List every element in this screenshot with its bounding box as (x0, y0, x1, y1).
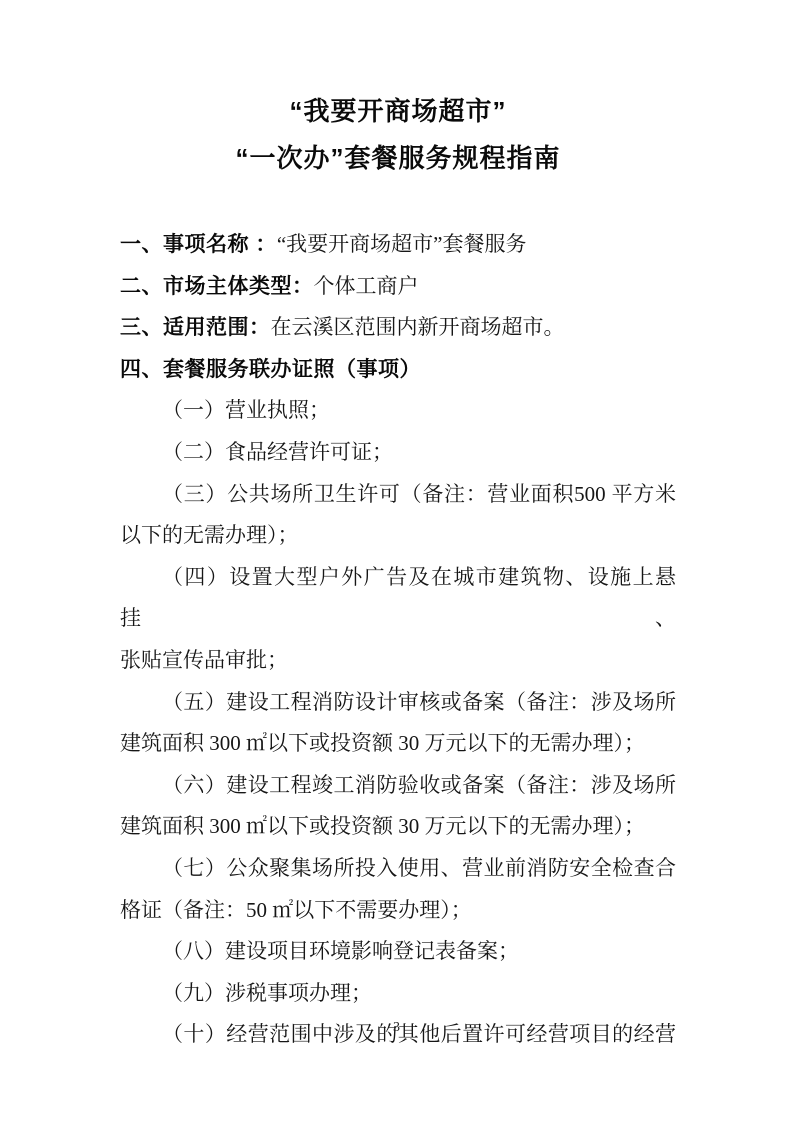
page-content: “我要开商场超市” “一次办”套餐服务规程指南 一、事项名称 ：“我要开商场超市… (120, 0, 676, 1056)
document-page: “我要开商场超市” “一次办”套餐服务规程指南 一、事项名称 ：“我要开商场超市… (0, 0, 793, 1122)
list-item-line: （八）建设项目环境影响登记表备案； (120, 931, 676, 973)
section-licenses-heading: 四、套餐服务联办证照（事项） (120, 349, 676, 391)
section-entity-type-content: 个体工商户 (314, 274, 419, 298)
list-item-line: （四）设置大型户外广告及在城市建筑物、设施上悬挂、 (120, 557, 676, 640)
section-item-name-content: “我要开商场超市”套餐服务 (277, 232, 527, 256)
section-scope-label: 三、适用范围： (120, 316, 271, 339)
section-item-name-label: 一、事项名称 ： (120, 233, 277, 256)
list-item-line: 以下的无需办理）； (120, 515, 676, 557)
list-item-line: （六）建设工程竣工消防验收或备案（备注：涉及场所 (120, 765, 676, 807)
document-body: 一、事项名称 ：“我要开商场超市”套餐服务 二、市场主体类型：个体工商户 三、适… (120, 224, 676, 1056)
section-entity-type-label: 二、市场主体类型： (120, 275, 314, 298)
list-item-line: 张贴宣传品审批； (120, 640, 676, 682)
title-line-1: “我要开商场超市” (120, 88, 676, 135)
list-item-line: （七）公众聚集场所投入使用、营业前消防安全检查合 (120, 848, 676, 890)
list-item-line: 格证（备注：50 ㎡以下不需要办理）； (120, 890, 676, 932)
section-entity-type: 二、市场主体类型：个体工商户 (120, 266, 676, 308)
list-item-line: （五）建设工程消防设计审核或备案（备注：涉及场所 (120, 682, 676, 724)
page-number: 3 (0, 1020, 793, 1036)
list-item-line: （一）营业执照； (120, 390, 676, 432)
list-item-line: 建筑面积 300 ㎡以下或投资额 30 万元以下的无需办理）； (120, 723, 676, 765)
list-item-line: （三）公共场所卫生许可（备注：营业面积500 平方米 (120, 474, 676, 516)
document-title: “我要开商场超市” “一次办”套餐服务规程指南 (120, 88, 676, 182)
title-line-2: “一次办”套餐服务规程指南 (120, 135, 676, 182)
list-item-line: 建筑面积 300 ㎡以下或投资额 30 万元以下的无需办理）； (120, 806, 676, 848)
list-item-line: （九）涉税事项办理； (120, 973, 676, 1015)
list-item-line: （二）食品经营许可证； (120, 432, 676, 474)
section-scope-content: 在云溪区范围内新开商场超市。 (271, 315, 565, 339)
section-item-name: 一、事项名称 ：“我要开商场超市”套餐服务 (120, 224, 676, 266)
section-scope: 三、适用范围：在云溪区范围内新开商场超市。 (120, 307, 676, 349)
section-licenses-heading-label: 四、套餐服务联办证照（事项） (120, 358, 421, 381)
